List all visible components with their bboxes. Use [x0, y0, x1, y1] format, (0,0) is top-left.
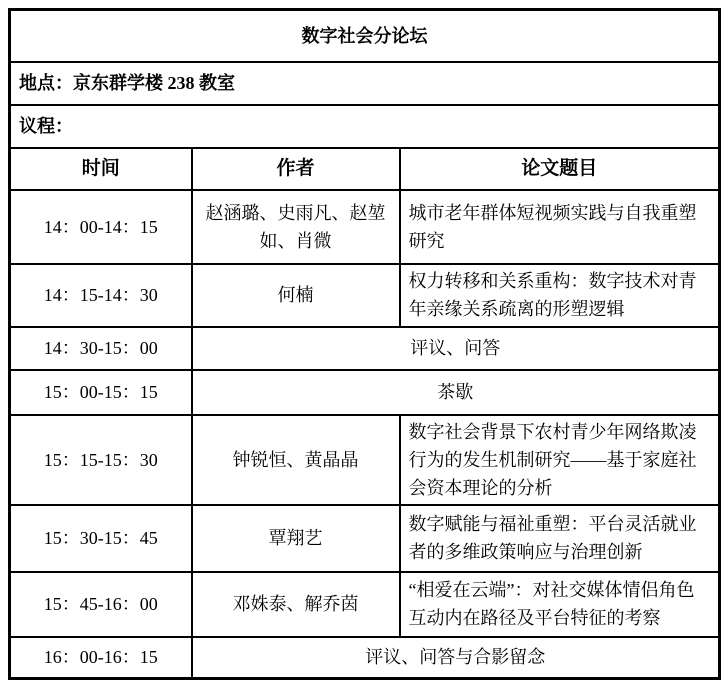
col-header-paper-title: 论文题目 — [400, 148, 720, 190]
agenda-table: 数字社会分论坛 地点：京东群学楼 238 教室 议程： 时间 作者 论文题目 1… — [8, 8, 721, 680]
agenda-label-row: 议程： — [10, 105, 720, 148]
session-paper-title: 数字赋能与福祉重塑：平台灵活就业者的多维政策响应与治理创新 — [400, 505, 720, 572]
session-time: 14：15-14：30 — [10, 264, 192, 327]
column-header-row: 时间 作者 论文题目 — [10, 148, 720, 190]
session-paper-title: 数字社会背景下农村青少年网络欺凌行为的发生机制研究——基于家庭社会资本理论的分析 — [400, 415, 720, 505]
session-activity: 评议、问答与合影留念 — [192, 637, 720, 679]
forum-title: 数字社会分论坛 — [10, 10, 720, 62]
table-row: 14：15-14：30 何楠 权力转移和关系重构：数字技术对青年亲缘关系疏离的形… — [10, 264, 720, 327]
session-time: 15：00-15：15 — [10, 370, 192, 415]
table-row: 15：00-15：15 茶歇 — [10, 370, 720, 415]
table-row: 16：00-16：15 评议、问答与合影留念 — [10, 637, 720, 679]
session-paper-title: “相爱在云端”：对社交媒体情侣角色互动内在路径及平台特征的考察 — [400, 572, 720, 637]
agenda-label: 议程： — [10, 105, 720, 148]
forum-title-row: 数字社会分论坛 — [10, 10, 720, 62]
session-authors: 邓姝泰、解乔茵 — [192, 572, 400, 637]
table-row: 14：30-15：00 评议、问答 — [10, 327, 720, 370]
session-authors: 何楠 — [192, 264, 400, 327]
session-authors: 覃翔艺 — [192, 505, 400, 572]
schedule-document: 数字社会分论坛 地点：京东群学楼 238 教室 议程： 时间 作者 论文题目 1… — [0, 0, 726, 680]
table-row: 14：00-14：15 赵涵璐、史雨凡、赵堃如、肖微 城市老年群体短视频实践与自… — [10, 190, 720, 264]
table-row: 15：30-15：45 覃翔艺 数字赋能与福祉重塑：平台灵活就业者的多维政策响应… — [10, 505, 720, 572]
location-row: 地点：京东群学楼 238 教室 — [10, 62, 720, 105]
col-header-time: 时间 — [10, 148, 192, 190]
table-row: 15：45-16：00 邓姝泰、解乔茵 “相爱在云端”：对社交媒体情侣角色互动内… — [10, 572, 720, 637]
session-time: 15：15-15：30 — [10, 415, 192, 505]
col-header-authors: 作者 — [192, 148, 400, 190]
session-time: 14：30-15：00 — [10, 327, 192, 370]
session-authors: 赵涵璐、史雨凡、赵堃如、肖微 — [192, 190, 400, 264]
session-time: 15：30-15：45 — [10, 505, 192, 572]
session-activity: 茶歇 — [192, 370, 720, 415]
session-authors: 钟锐恒、黄晶晶 — [192, 415, 400, 505]
session-paper-title: 权力转移和关系重构：数字技术对青年亲缘关系疏离的形塑逻辑 — [400, 264, 720, 327]
session-time: 15：45-16：00 — [10, 572, 192, 637]
session-time: 16：00-16：15 — [10, 637, 192, 679]
session-activity: 评议、问答 — [192, 327, 720, 370]
location-line: 地点：京东群学楼 238 教室 — [10, 62, 720, 105]
table-row: 15：15-15：30 钟锐恒、黄晶晶 数字社会背景下农村青少年网络欺凌行为的发… — [10, 415, 720, 505]
session-time: 14：00-14：15 — [10, 190, 192, 264]
session-paper-title: 城市老年群体短视频实践与自我重塑研究 — [400, 190, 720, 264]
